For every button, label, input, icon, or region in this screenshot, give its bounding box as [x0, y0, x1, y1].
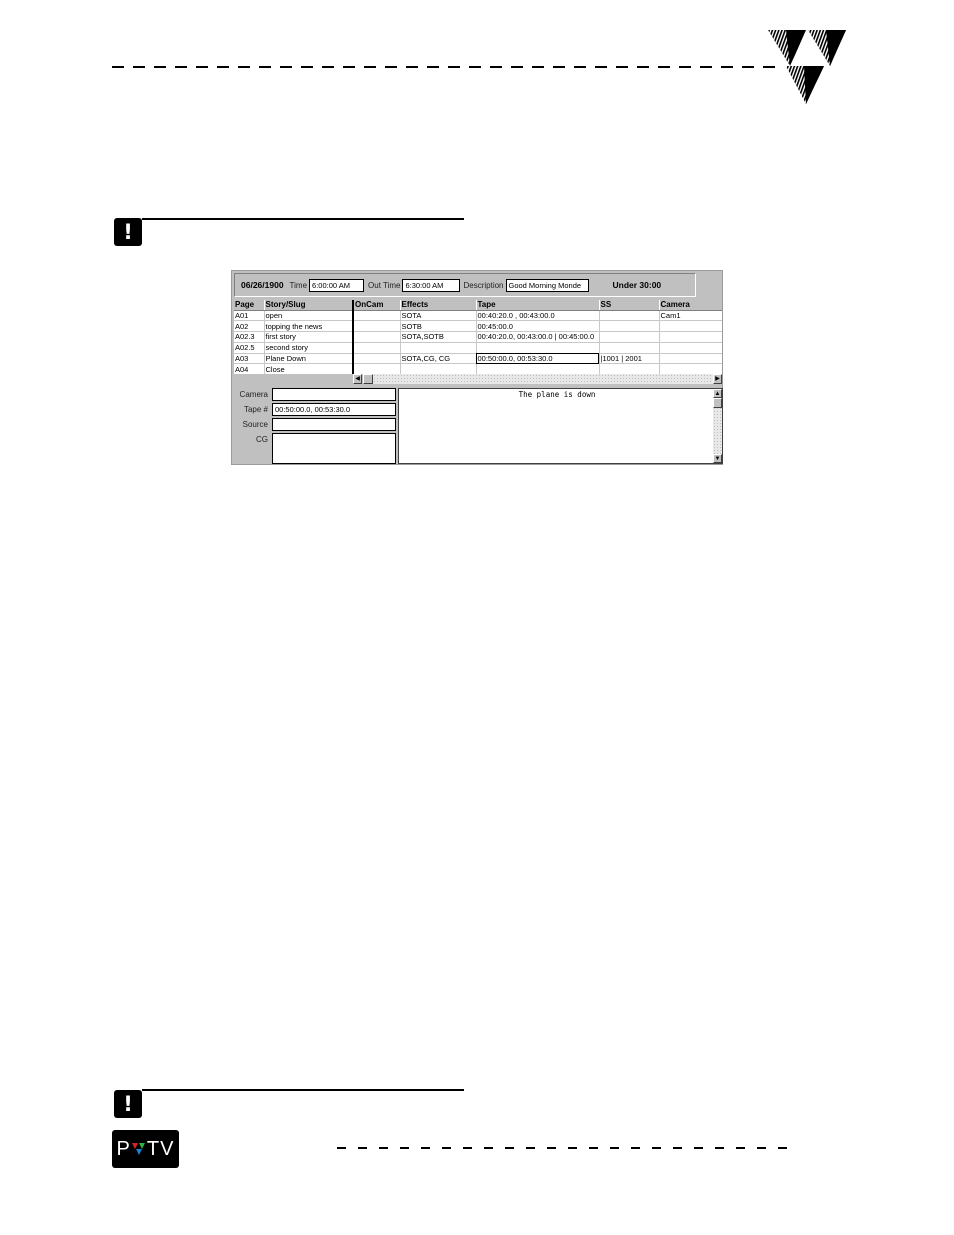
pvtv-logo: P TV [112, 1130, 179, 1168]
timing-status: Under 30:00 [613, 280, 662, 290]
cell-ss[interactable] [599, 321, 659, 332]
description-label: Description [463, 281, 503, 290]
camera-input[interactable] [272, 388, 396, 401]
column-header-tape[interactable]: Tape [476, 300, 599, 310]
cell-effects[interactable] [400, 364, 476, 374]
cell-page[interactable]: A01 [234, 310, 264, 321]
column-header-ss[interactable]: SS [599, 300, 659, 310]
tape-input[interactable]: 00:50:00.0, 00:53:30.0 [272, 403, 396, 416]
column-header-page[interactable]: Page [234, 300, 264, 310]
column-header-camera[interactable]: Camera [659, 300, 722, 310]
camera-label: Camera [232, 390, 268, 399]
rundown-header-bar: 06/26/1900 Time 6:00:00 AM Out Time 6:30… [234, 273, 696, 297]
rundown-date: 06/26/1900 [241, 280, 284, 290]
cell-page[interactable]: A03 [234, 353, 264, 364]
horizontal-scrollbar[interactable] [373, 374, 713, 384]
cell-page[interactable]: A02.3 [234, 332, 264, 343]
exclamation-icon: ! [114, 218, 142, 246]
scroll-down-button[interactable]: ▼ [713, 454, 722, 463]
cell-story-slug[interactable]: Close [264, 364, 353, 374]
time-label: Time [290, 281, 307, 290]
cell-tape[interactable]: 00:40:20.0 , 00:43:00.0 [476, 310, 599, 321]
cell-camera[interactable] [659, 364, 722, 374]
table-row[interactable]: A02.3first storySOTA,SOTB00:40:20.0, 00:… [234, 332, 722, 343]
time-input[interactable]: 6:00:00 AM [309, 279, 364, 292]
cell-effects[interactable]: SOTA [400, 310, 476, 321]
cell-oncam[interactable] [353, 310, 400, 321]
rundown-window: 06/26/1900 Time 6:00:00 AM Out Time 6:30… [231, 270, 723, 465]
description-input[interactable]: Good Morning Monde [506, 279, 589, 292]
cell-effects[interactable]: SOTB [400, 321, 476, 332]
cell-camera[interactable] [659, 332, 722, 343]
cell-story-slug[interactable]: topping the news [264, 321, 353, 332]
cell-oncam[interactable] [353, 332, 400, 343]
cell-tape[interactable] [476, 364, 599, 374]
cell-ss[interactable] [599, 364, 659, 374]
header-dashed-rule [112, 66, 782, 68]
scroll-up-button[interactable]: ▲ [713, 389, 722, 398]
note-rule [142, 1089, 464, 1091]
cell-tape[interactable]: 00:40:20.0, 00:43:00.0 | 00:45:00.0 [476, 332, 599, 343]
cell-ss[interactable] [599, 310, 659, 321]
source-input[interactable] [272, 418, 396, 431]
cg-input[interactable] [272, 433, 396, 464]
vertical-scrollbar[interactable]: ▲ ▼ [713, 389, 722, 463]
logo-text-right: TV [147, 1138, 175, 1161]
out-time-label: Out Time [368, 281, 400, 290]
cell-story-slug[interactable]: Plane Down [264, 353, 353, 364]
source-label: Source [232, 420, 268, 429]
grid-header-row: Page Story/Slug OnCam Effects Tape SS Ca… [234, 300, 722, 310]
triangle-logo-icon [766, 28, 848, 104]
table-row[interactable]: A03Plane DownSOTA,CG, CG00:50:00.0, 00:5… [234, 353, 722, 364]
column-header-story-slug[interactable]: Story/Slug [264, 300, 353, 310]
cell-page[interactable]: A02.5 [234, 342, 264, 353]
logo-text-left: P [117, 1138, 131, 1161]
cell-camera[interactable] [659, 342, 722, 353]
note-rule [142, 218, 464, 220]
cell-effects[interactable]: SOTA,SOTB [400, 332, 476, 343]
cg-label: CG [232, 435, 268, 444]
footer-dashed-rule [337, 1147, 792, 1149]
horizontal-scroll-thumb[interactable] [363, 374, 373, 384]
cell-ss[interactable]: |1001 | 2001 [599, 353, 659, 364]
cell-story-slug[interactable]: second story [264, 342, 353, 353]
cell-page[interactable]: A02 [234, 321, 264, 332]
tape-label: Tape # [232, 405, 268, 414]
column-header-effects[interactable]: Effects [400, 300, 476, 310]
table-row[interactable]: A01openSOTA00:40:20.0 , 00:43:00.0Cam1 [234, 310, 722, 321]
table-row[interactable]: A02.5second story [234, 342, 722, 353]
cell-tape[interactable] [476, 342, 599, 353]
column-header-oncam[interactable]: OnCam [353, 300, 400, 310]
out-time-input[interactable]: 6:30:00 AM [402, 279, 460, 292]
cell-story-slug[interactable]: first story [264, 332, 353, 343]
cell-story-slug[interactable]: open [264, 310, 353, 321]
scroll-left-button[interactable]: ◀ [353, 374, 362, 384]
cell-oncam[interactable] [353, 364, 400, 374]
cell-oncam[interactable] [353, 353, 400, 364]
script-text: The plane is down [399, 390, 715, 399]
color-triangles-icon [132, 1142, 146, 1156]
rundown-grid[interactable]: Page Story/Slug OnCam Effects Tape SS Ca… [234, 300, 722, 374]
cell-camera[interactable]: Cam1 [659, 310, 722, 321]
cell-camera[interactable] [659, 353, 722, 364]
cell-camera[interactable] [659, 321, 722, 332]
cell-oncam[interactable] [353, 342, 400, 353]
cell-tape[interactable]: 00:45:00.0 [476, 321, 599, 332]
cell-ss[interactable] [599, 342, 659, 353]
exclamation-icon: ! [114, 1090, 142, 1118]
cell-tape[interactable]: 00:50:00.0, 00:53:30.0 [476, 353, 599, 364]
cell-page[interactable]: A04 [234, 364, 264, 374]
cell-ss[interactable] [599, 332, 659, 343]
cell-effects[interactable] [400, 342, 476, 353]
vertical-scroll-thumb[interactable] [713, 398, 722, 408]
cell-oncam[interactable] [353, 321, 400, 332]
script-editor[interactable]: The plane is down ▲ ▼ [398, 388, 723, 464]
cell-effects[interactable]: SOTA,CG, CG [400, 353, 476, 364]
table-row[interactable]: A04Close [234, 364, 722, 374]
table-row[interactable]: A02topping the newsSOTB00:45:00.0 [234, 321, 722, 332]
scroll-right-button[interactable]: ▶ [713, 374, 722, 384]
